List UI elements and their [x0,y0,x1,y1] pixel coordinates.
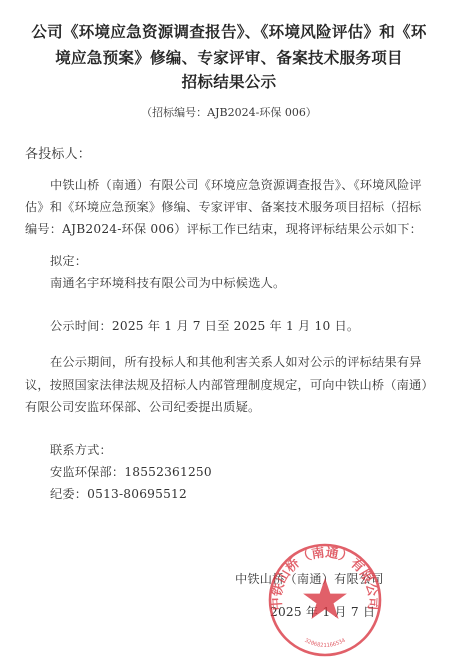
seal-code: 3206821166534 [303,637,347,649]
title-line-1: 公司《环境应急资源调查报告》、《环境风险评估》和《环 [0,20,458,42]
objection-paragraph-line: 有限公司安监环保部、公司纪委提出质疑。 [25,398,260,415]
objection-paragraph-line: 议，按照国家法律法规及招标人内部管理制度规定，可向中铁山桥（南通） [25,376,434,393]
intro-paragraph-line: 估》和《环境应急预案》修编、专家评审、备案技术服务项目招标（招标 [25,198,421,215]
objection-paragraph-line: 在公示期间，所有投标人和其他利害关系人如对公示的评标结果有异 [50,353,422,370]
title-line-3: 招标结果公示 [0,70,458,92]
company-seal: 中铁山桥（南通）有限公司 3206821166534 [265,540,385,660]
intro-paragraph-line: 编号：AJB2024-环保 006）评标工作已结束，现将评标结果公示如下： [25,220,422,237]
contact-discipline-committee: 纪委：0513-80695512 [50,485,187,502]
bid-number: （招标编号：AJB2024-环保 006） [0,104,458,120]
salutation: 各投标人： [25,143,91,162]
contact-safety-dept: 安监环保部：18552361250 [50,463,212,480]
signature-date: 2025 年 1 月 7 日 [270,603,375,620]
intro-paragraph-line: 中铁山桥（南通）有限公司《环境应急资源调查报告》、《环境风险评 [50,176,422,193]
document-page: 公司《环境应急资源调查报告》、《环境风险评估》和《环 境应急预案》修编、专家评审… [0,0,458,665]
decision-value: 南通名宇环境科技有限公司为中标候选人。 [50,274,285,291]
seal-ring [270,545,380,655]
signature-company: 中铁山桥（南通）有限公司 [235,570,384,587]
contact-label: 联系方式： [50,441,112,458]
decision-label: 拟定： [50,252,87,269]
title-line-2: 境应急预案》修编、专家评审、备案技术服务项目 [0,46,458,68]
publicity-period: 公示时间：2025 年 1 月 7 日至 2025 年 1 月 10 日。 [50,317,359,334]
